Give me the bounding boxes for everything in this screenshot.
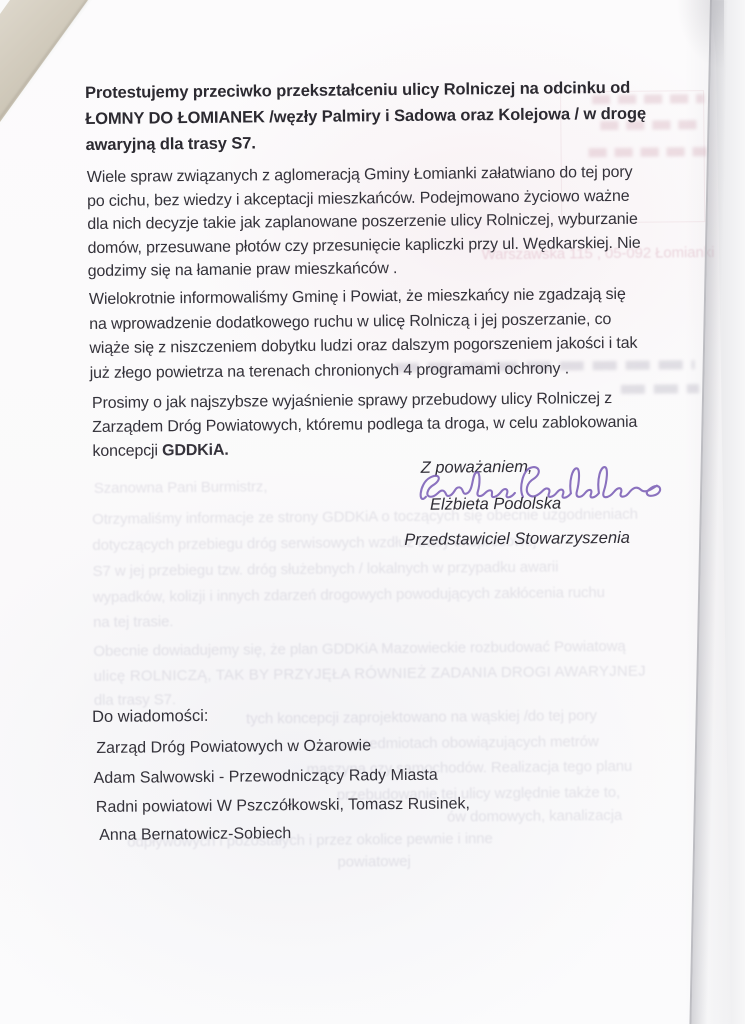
cc-label: Do wiadomości:: [92, 707, 209, 727]
signatory-role: Przedstawiciel Stowarzyszenia: [404, 529, 630, 550]
cc-recipient-list: Zarząd Dróg Powiatowych w Ożarowie Adam …: [95, 736, 470, 845]
paragraph-2: Wielokrotnie informowaliśmy Gminę i Powi…: [89, 283, 638, 386]
cc-recipient: Anna Bernatowicz-Sobiech: [99, 823, 470, 845]
paragraph-1: Wiele spraw związanych z aglomeracją Gmi…: [87, 161, 641, 284]
heading-line: ŁOMNY DO ŁOMIANEK /węzły Palmiry i Sadow…: [85, 101, 646, 132]
signatory-name: Elżbieta Podolska: [430, 494, 561, 514]
bleedthrough-line: ów domowych, kanalizacja: [447, 807, 622, 826]
cc-recipient: Radni powiatowi W Pszczółkowski, Tomasz …: [96, 795, 470, 817]
heading-line: awaryjną dla trasy S7.: [85, 127, 646, 158]
bleedthrough-line: powiatowej: [337, 853, 410, 871]
bleedthrough-line: Obecnie dowiadujemy się, że plan GDDKiA …: [93, 638, 625, 660]
cc-recipient: Adam Salwowski - Przewodniczący Rady Mia…: [94, 766, 470, 788]
bleedthrough-line: wypadków, kolizji i innych zdarzeń drogo…: [93, 584, 605, 606]
gddkia-bold-text: GDDKiA.: [162, 442, 229, 460]
letter-content: Warszawska 115 , 05-092 Łomianki Szanown…: [0, 0, 745, 1024]
bleedthrough-line: S7 w jej przebiegu tzw. dróg służebnych …: [93, 559, 559, 580]
corner-curl-shadow: [676, 0, 724, 70]
scanned-letter-page: Warszawska 115 , 05-092 Łomianki Szanown…: [0, 0, 745, 1024]
paragraph-line: godzimy się na łamanie praw mieszkańców …: [88, 255, 641, 284]
bleedthrough-line: na tej trasie.: [93, 613, 173, 631]
cc-recipient: Zarząd Dróg Powiatowych w Ożarowie: [96, 736, 469, 758]
letter-heading: Protestujemy przeciwko przekształceniu u…: [85, 75, 646, 158]
bleedthrough-line: Szanowna Pani Burmistrz,: [94, 478, 268, 497]
paragraph-text: koncepcji: [92, 442, 162, 460]
paragraph-3: Prosimy o jak najszybsze wyjaśnienie spr…: [92, 387, 638, 464]
paragraph-line: już złego powietrza na terenach chronion…: [90, 356, 638, 386]
bleedthrough-line: ulicę ROLNICZĄ, TAK BY PRZYJĘŁA RÓWNIEŻ …: [94, 663, 646, 685]
bleedthrough-line: tych koncepcji zaprojektowano na wąskiej…: [246, 707, 597, 727]
